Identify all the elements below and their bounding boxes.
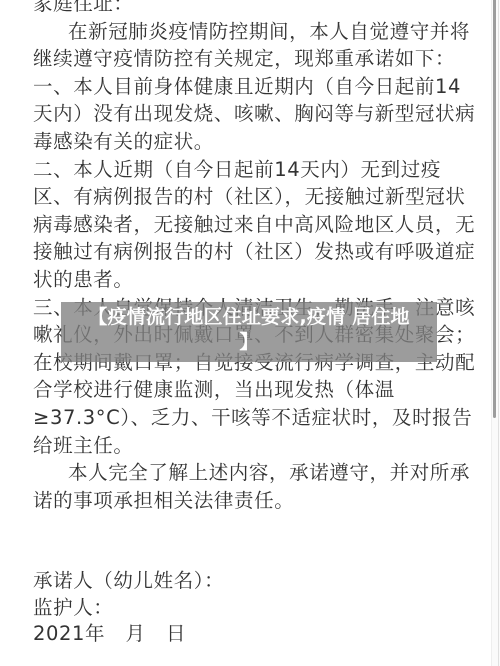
clause-3-line: ≥37.3°C）、乏力、干咳等不适症状时，及时报告 bbox=[33, 404, 473, 432]
title-caption-overlay: 【疫情流行地区住址要求,疫情 居住地 】 bbox=[61, 302, 437, 362]
clause-3-line: 合学校进行健康监测，当出现发热（体温 bbox=[33, 376, 473, 404]
spacer bbox=[33, 514, 473, 568]
clause-2-line: 区、有病例报告的村（社区），无接触过新型冠状 bbox=[33, 183, 473, 211]
date-label: 2021年 月 日 bbox=[33, 621, 473, 648]
clause-2-line: 二、本人近期（自今日起前14天内）无到过疫 bbox=[33, 156, 473, 184]
clause-1-line: 毒感染有关的症状。 bbox=[33, 128, 473, 156]
clause-2-line: 病毒感染者，无接触过来自中高风险地区人员，无 bbox=[33, 211, 473, 239]
intro-line: 在新冠肺炎疫情防控期间，本人自觉遵守并将 bbox=[33, 18, 473, 46]
promiser-label: 承诺人（幼儿姓名）： bbox=[33, 568, 473, 595]
clause-2-line: 接触过有病例报告的村（社区）发热或有呼吸道症 bbox=[33, 238, 473, 266]
page-edge-divider bbox=[498, 0, 499, 666]
intro-line: 继续遵守疫情防控有关规定，现郑重承诺如下： bbox=[33, 45, 473, 73]
caption-line-1: 【疫情流行地区住址要求,疫情 居住地 bbox=[61, 305, 437, 330]
clause-1-line: 一、本人目前身体健康且近期内（自今日起前14 bbox=[33, 73, 473, 101]
closing-line: 诺的事项承担相关法律责任。 bbox=[33, 487, 473, 515]
clause-1-line: 天内）没有出现发烧、咳嗽、胸闷等与新型冠状病 bbox=[33, 100, 473, 128]
guardian-label: 监护人： bbox=[33, 595, 473, 622]
clause-3-line: 给班主任。 bbox=[33, 432, 473, 460]
clause-2-line: 状的患者。 bbox=[33, 266, 473, 294]
home-address-label: 家庭住址： bbox=[33, 0, 473, 18]
scrollbar-thumb[interactable] bbox=[493, 0, 496, 418]
signature-block: 承诺人（幼儿姓名）： 监护人： 2021年 月 日 bbox=[33, 568, 473, 648]
closing-line: 本人完全了解上述内容，承诺遵守，并对所承 bbox=[33, 459, 473, 487]
caption-line-2: 】 bbox=[61, 330, 437, 355]
